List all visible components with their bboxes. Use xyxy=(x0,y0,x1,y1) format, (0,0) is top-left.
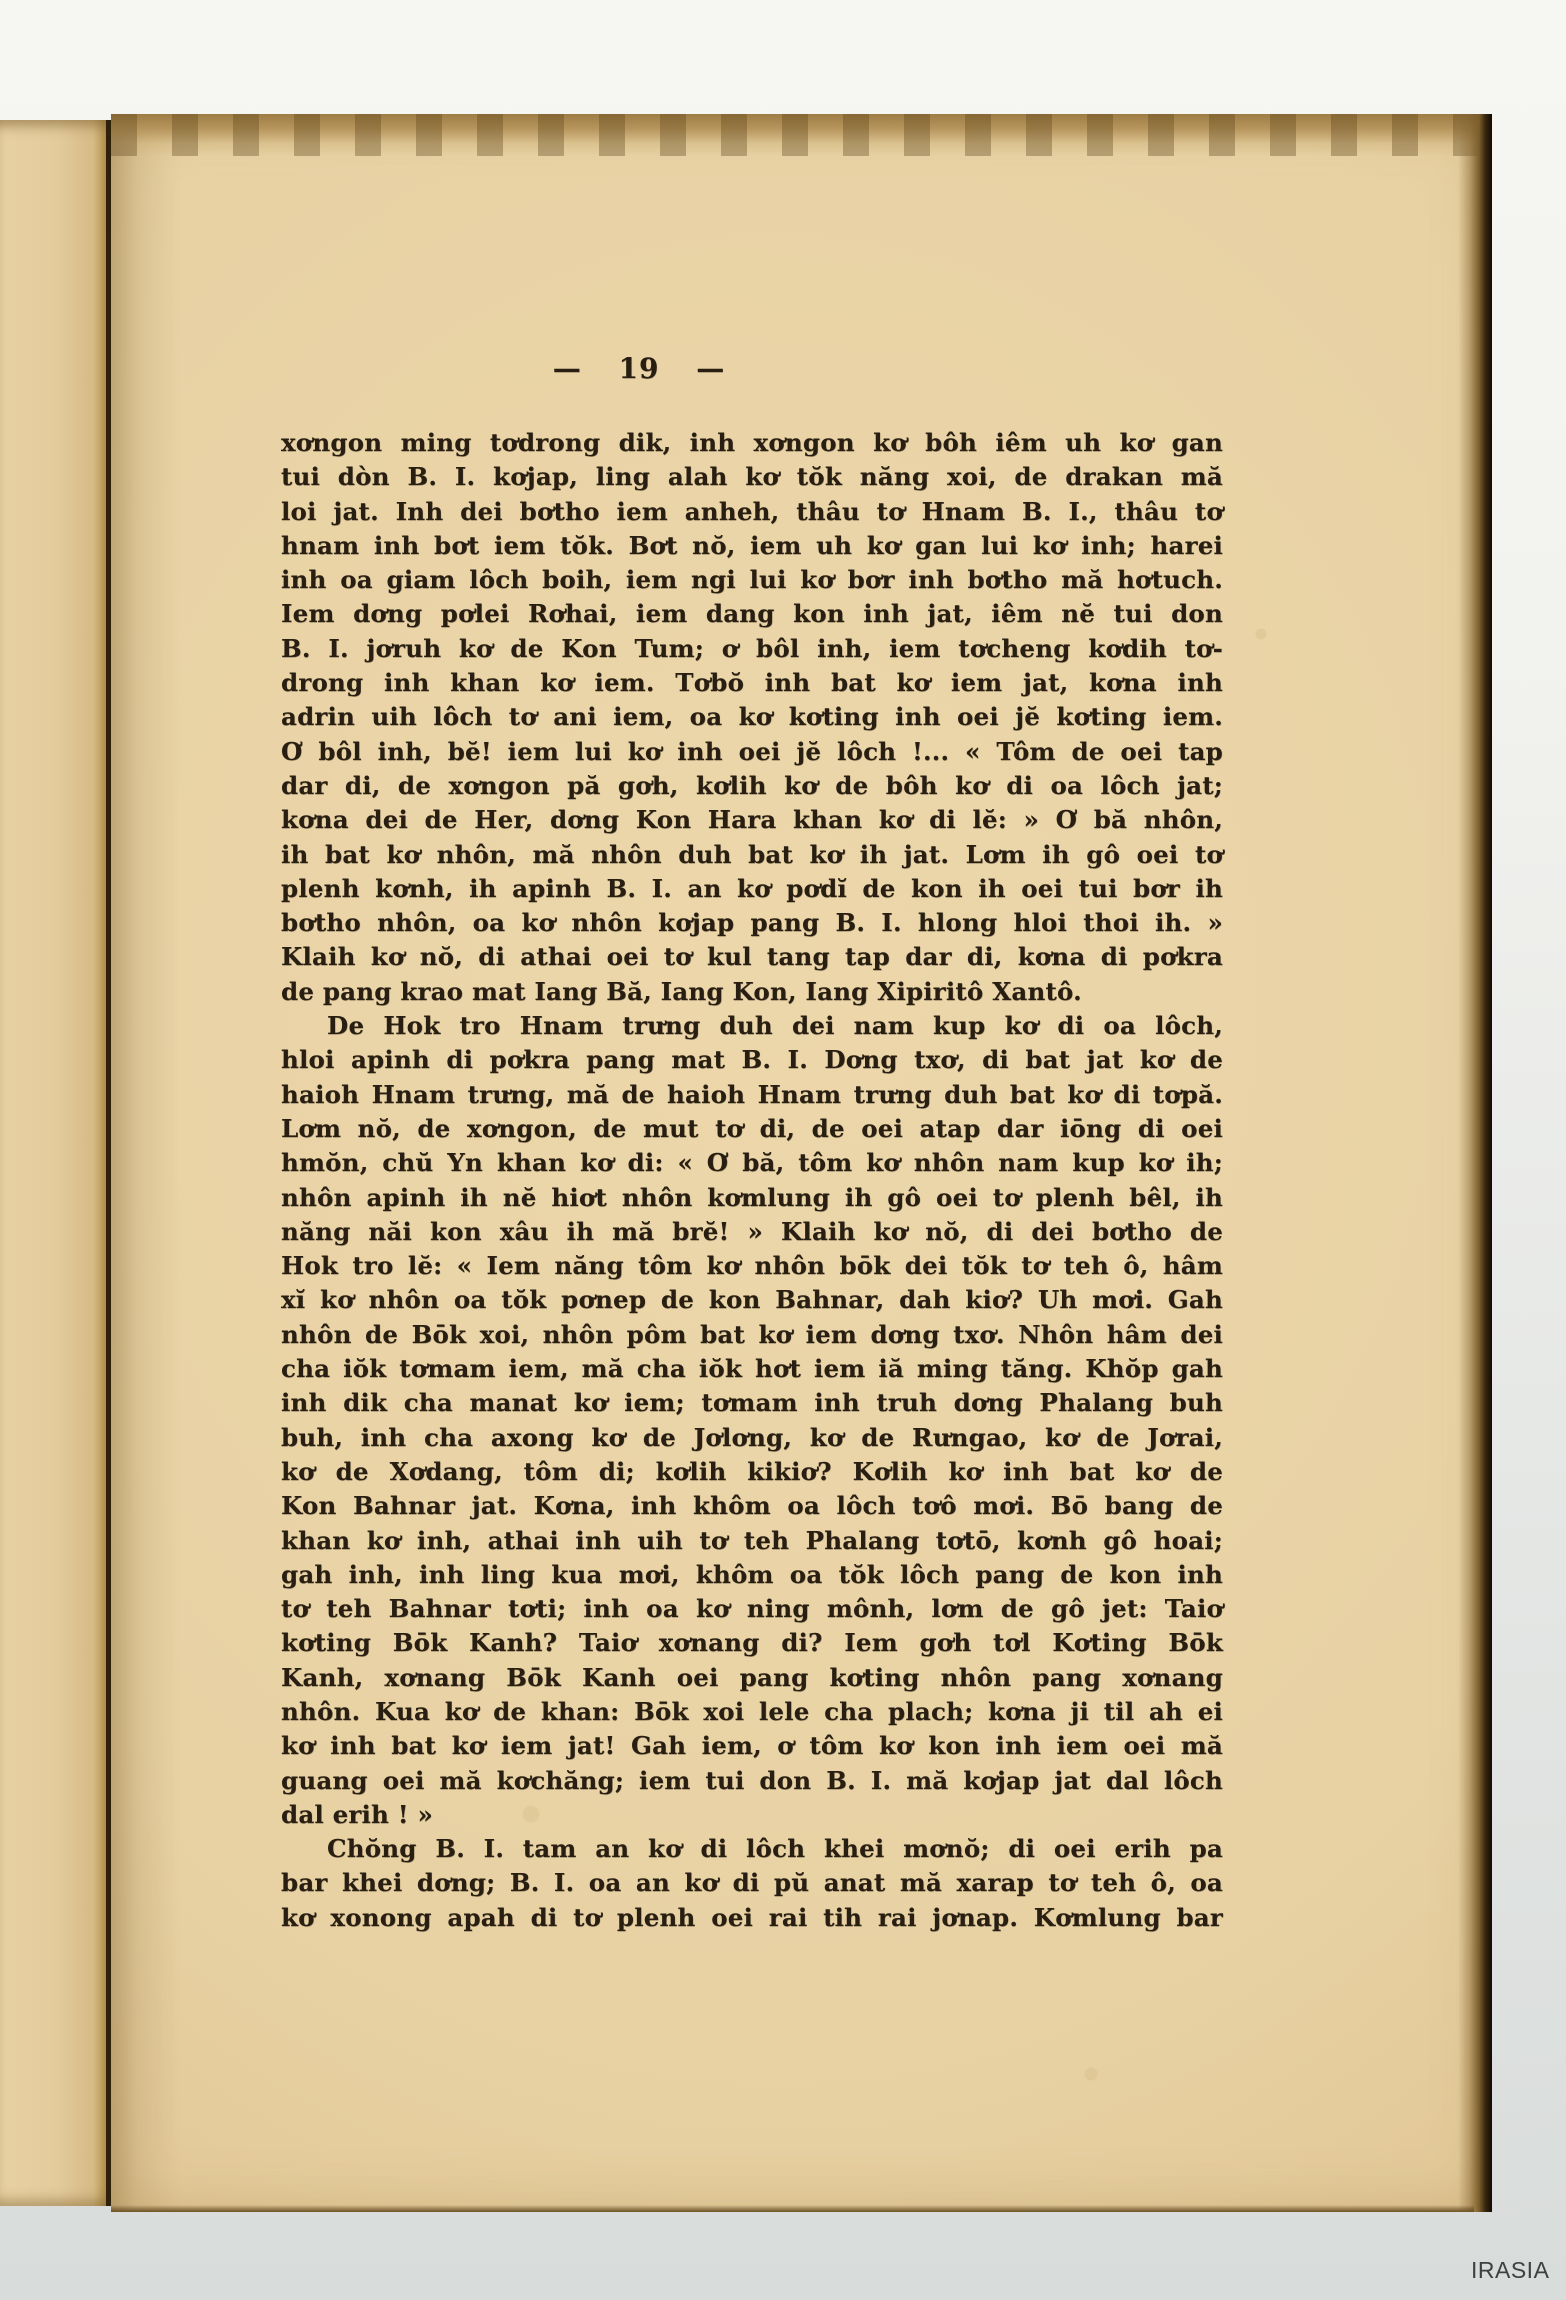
text-line: inh dik cha manat kơ iem; tơmam inh truh… xyxy=(281,1386,1223,1420)
text-line: haioh Hnam trưng, mă de haioh Hnam trưng… xyxy=(281,1078,1223,1112)
text-line: xĭ kơ nhôn oa tŏk pơnep de kon Bahnar, d… xyxy=(281,1283,1223,1317)
text-line: tơ teh Bahnar tơti; inh oa kơ ning mônh,… xyxy=(281,1592,1223,1626)
text-line: nhôn. Kua kơ de khan: Bōk xoi lele cha p… xyxy=(281,1695,1223,1729)
text-line: nhôn apinh ih nĕ hiơt nhôn kơmlung ih gô… xyxy=(281,1181,1223,1215)
text-line: kơ inh bat kơ iem jat! Gah iem, ơ tôm kơ… xyxy=(281,1729,1223,1763)
book-page: — 19 — xơngon ming tơdrong dik, inh xơng… xyxy=(111,114,1492,2212)
text-line: B. I. jơruh kơ de Kon Tum; ơ bôl inh, ie… xyxy=(281,632,1223,666)
scan-background: — 19 — xơngon ming tơdrong dik, inh xơng… xyxy=(0,0,1566,2300)
text-line: plenh kơnh, ih apinh B. I. an kơ pơdĭ de… xyxy=(281,872,1223,906)
text-line: kơting Bōk Kanh? Taiơ xơnang di? Iem gơh… xyxy=(281,1626,1223,1660)
text-line: Lơm nŏ, de xơngon, de mut tơ di, de oei … xyxy=(281,1112,1223,1146)
page-right-edge xyxy=(1458,114,1492,2212)
text-line: nhôn de Bōk xoi, nhôn pôm bat kơ iem dơn… xyxy=(281,1318,1223,1352)
page-number: — 19 — xyxy=(168,352,1110,386)
text-line: kơ xonong apah di tơ plenh oei rai tih r… xyxy=(281,1901,1223,1935)
text-line: hloi apinh di pơkra pang mat B. I. Dơng … xyxy=(281,1043,1223,1077)
text-line: adrin uih lôch tơ ani iem, oa kơ kơting … xyxy=(281,700,1223,734)
text-line: tui dòn B. I. kơjap, ling alah kơ tŏk nă… xyxy=(281,460,1223,494)
text-line: kơna dei de Her, dơng Kon Hara khan kơ d… xyxy=(281,803,1223,837)
text-line: bar khei dơng; B. I. oa an kơ di pŭ anat… xyxy=(281,1866,1223,1900)
text-line: Kanh, xơnang Bōk Kanh oei pang kơting nh… xyxy=(281,1661,1223,1695)
text-line: xơngon ming tơdrong dik, inh xơngon kơ b… xyxy=(281,426,1223,460)
page-bottom-edge xyxy=(111,2205,1474,2212)
text-line: drong inh khan kơ iem. Tơbŏ inh bat kơ i… xyxy=(281,666,1223,700)
text-line: bơtho nhôn, oa kơ nhôn kơjap pang B. I. … xyxy=(281,906,1223,940)
text-line: Chŏng B. I. tam an kơ di lôch khei mơnŏ;… xyxy=(281,1832,1223,1866)
text-line: De Hok tro Hnam trưng duh dei nam kup kơ… xyxy=(281,1009,1223,1043)
text-line: khan kơ inh, athai inh uih tơ teh Phalan… xyxy=(281,1524,1223,1558)
text-line: Kon Bahnar jat. Kơna, inh khôm oa lôch t… xyxy=(281,1489,1223,1523)
text-line: hmŏn, chŭ Yn khan kơ di: « Ơ bă, tôm kơ … xyxy=(281,1146,1223,1180)
text-line: de pang krao mat Iang Bă, Iang Kon, Iang… xyxy=(281,975,1223,1009)
text-line: gah inh, inh ling kua mơi, khôm oa tŏk l… xyxy=(281,1558,1223,1592)
text-line: dar di, de xơngon pă gơh, kơlih kơ de bô… xyxy=(281,769,1223,803)
watermark: IRASIA xyxy=(1471,2256,1549,2284)
text-line: Hok tro lĕ: « Iem năng tôm kơ nhôn bōk d… xyxy=(281,1249,1223,1283)
text-line: Klaih kơ nŏ, di athai oei tơ kul tang ta… xyxy=(281,940,1223,974)
text-line: dal erih ! » xyxy=(281,1798,1223,1832)
adjacent-page-edge xyxy=(0,120,111,2206)
text-line: Ơ bôl inh, bĕ! iem lui kơ inh oei jĕ lôc… xyxy=(281,735,1223,769)
page-text: xơngon ming tơdrong dik, inh xơngon kơ b… xyxy=(281,426,1223,1935)
text-line: guang oei mă kơchăng; iem tui don B. I. … xyxy=(281,1764,1223,1798)
text-line: Iem dơng pơlei Rơhai, iem dang kon inh j… xyxy=(281,597,1223,631)
page-top-edge xyxy=(111,114,1492,156)
text-line: cha iŏk tơmam iem, mă cha iŏk hơt iem iă… xyxy=(281,1352,1223,1386)
text-line: loi jat. Inh dei bơtho iem anheh, thâu t… xyxy=(281,495,1223,529)
text-line: buh, inh cha axong kơ de Jơlơng, kơ de R… xyxy=(281,1421,1223,1455)
text-line: hnam inh bơt iem tŏk. Bơt nŏ, iem uh kơ … xyxy=(281,529,1223,563)
text-line: năng năi kon xâu ih mă brĕ! » Klaih kơ n… xyxy=(281,1215,1223,1249)
text-line: inh oa giam lôch boih, iem ngi lui kơ bơ… xyxy=(281,563,1223,597)
text-line: kơ de Xơdang, tôm di; kơlih kikiơ? Kơlih… xyxy=(281,1455,1223,1489)
text-line: ih bat kơ nhôn, mă nhôn duh bat kơ ih ja… xyxy=(281,838,1223,872)
